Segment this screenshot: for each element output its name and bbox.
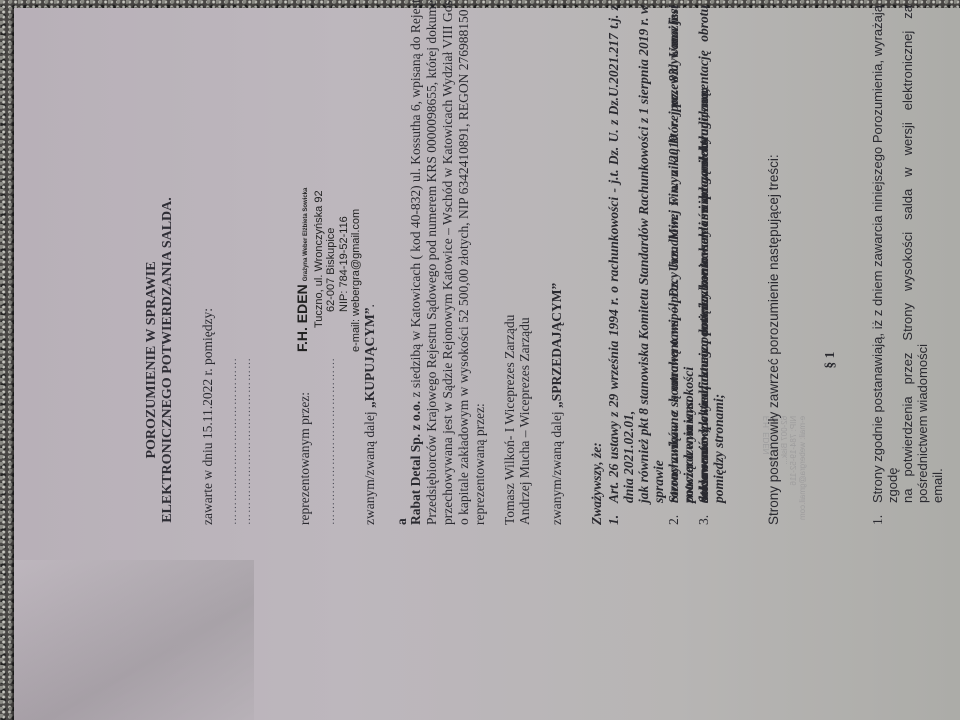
document-title: POROZUMIENIE W SPRAWIE ELEKTRONICZNEGO P… bbox=[144, 0, 176, 720]
buyer-role: „KUPUJĄCYM” bbox=[362, 308, 377, 409]
title-line-2: ELEKTRONICZNEGO POTWIERDZANIA SALDA. bbox=[160, 0, 176, 720]
buyer-owner: Grażyna Weber Elżbieta Sowicka bbox=[303, 188, 309, 282]
seller-line-1: Rabat Detal Sp. z o.o. z siedzibą w Kato… bbox=[408, 0, 423, 525]
buyer-designation: zwanym/zwaną dalej „KUPUJĄCYM”. bbox=[362, 304, 377, 525]
and-conjunction: a bbox=[394, 518, 409, 525]
buyer-postal: 62-007 Biskupice bbox=[325, 188, 338, 352]
seller-designation: zwanym/zwaną dalej „SPRZEDAJĄCYM” bbox=[549, 283, 564, 525]
parties-decided-text: Strony postanowiły zawrzeć porozumienie … bbox=[766, 154, 781, 525]
represented-by-label: reprezentowanym przez: bbox=[297, 392, 312, 525]
document-page: POROZUMIENIE W SPRAWIE ELEKTRONICZNEGO P… bbox=[14, 0, 960, 720]
buyer-address: Tuczno, ul. Wronczyńska 92 bbox=[313, 188, 326, 352]
blank-line-1: …………………………………… bbox=[226, 357, 241, 525]
representative-2: Andrzej Mucha – Wiceprezes Zarządu bbox=[517, 317, 532, 525]
buyer-stamp: F.H. EDEN Grażyna Weber Elżbieta Sowicka… bbox=[296, 188, 363, 352]
blank-line-2: …………………………………… bbox=[240, 357, 255, 525]
seller-line-3: przechowywana jest w Sądzie Rejonowym Ka… bbox=[440, 0, 455, 525]
buyer-nip: NIP: 784-19-52-116 bbox=[338, 188, 351, 352]
representative-blank: …………………………………… bbox=[324, 357, 339, 525]
whereas-heading: Zważywszy, że: bbox=[589, 442, 604, 525]
representative-1: Tomasz Wilkoń- I Wiceprezes Zarządu bbox=[502, 315, 517, 525]
seller-name: Rabat Detal Sp. z o.o. bbox=[408, 401, 423, 525]
seller-line-4: o kapitale zakładowym w wysokości 52 500… bbox=[456, 10, 471, 525]
seller-role: „SPRZEDAJĄCYM” bbox=[549, 283, 564, 408]
section-1-heading: § 1 bbox=[822, 0, 837, 720]
seller-line-5: reprezentowaną przez: bbox=[472, 403, 487, 525]
intro-text: zawarte w dniu 15.11.2022 r. pomiędzy: bbox=[200, 308, 215, 525]
title-line-1: POROZUMIENIE W SPRAWIE bbox=[144, 0, 160, 720]
buyer-company-name: F.H. EDEN bbox=[294, 284, 310, 352]
buyer-email: e-mail: webergra@gmail.com bbox=[350, 188, 363, 352]
seller-line-2: Przedsiębiorców Krajowego Rejestru Sądow… bbox=[424, 0, 439, 525]
